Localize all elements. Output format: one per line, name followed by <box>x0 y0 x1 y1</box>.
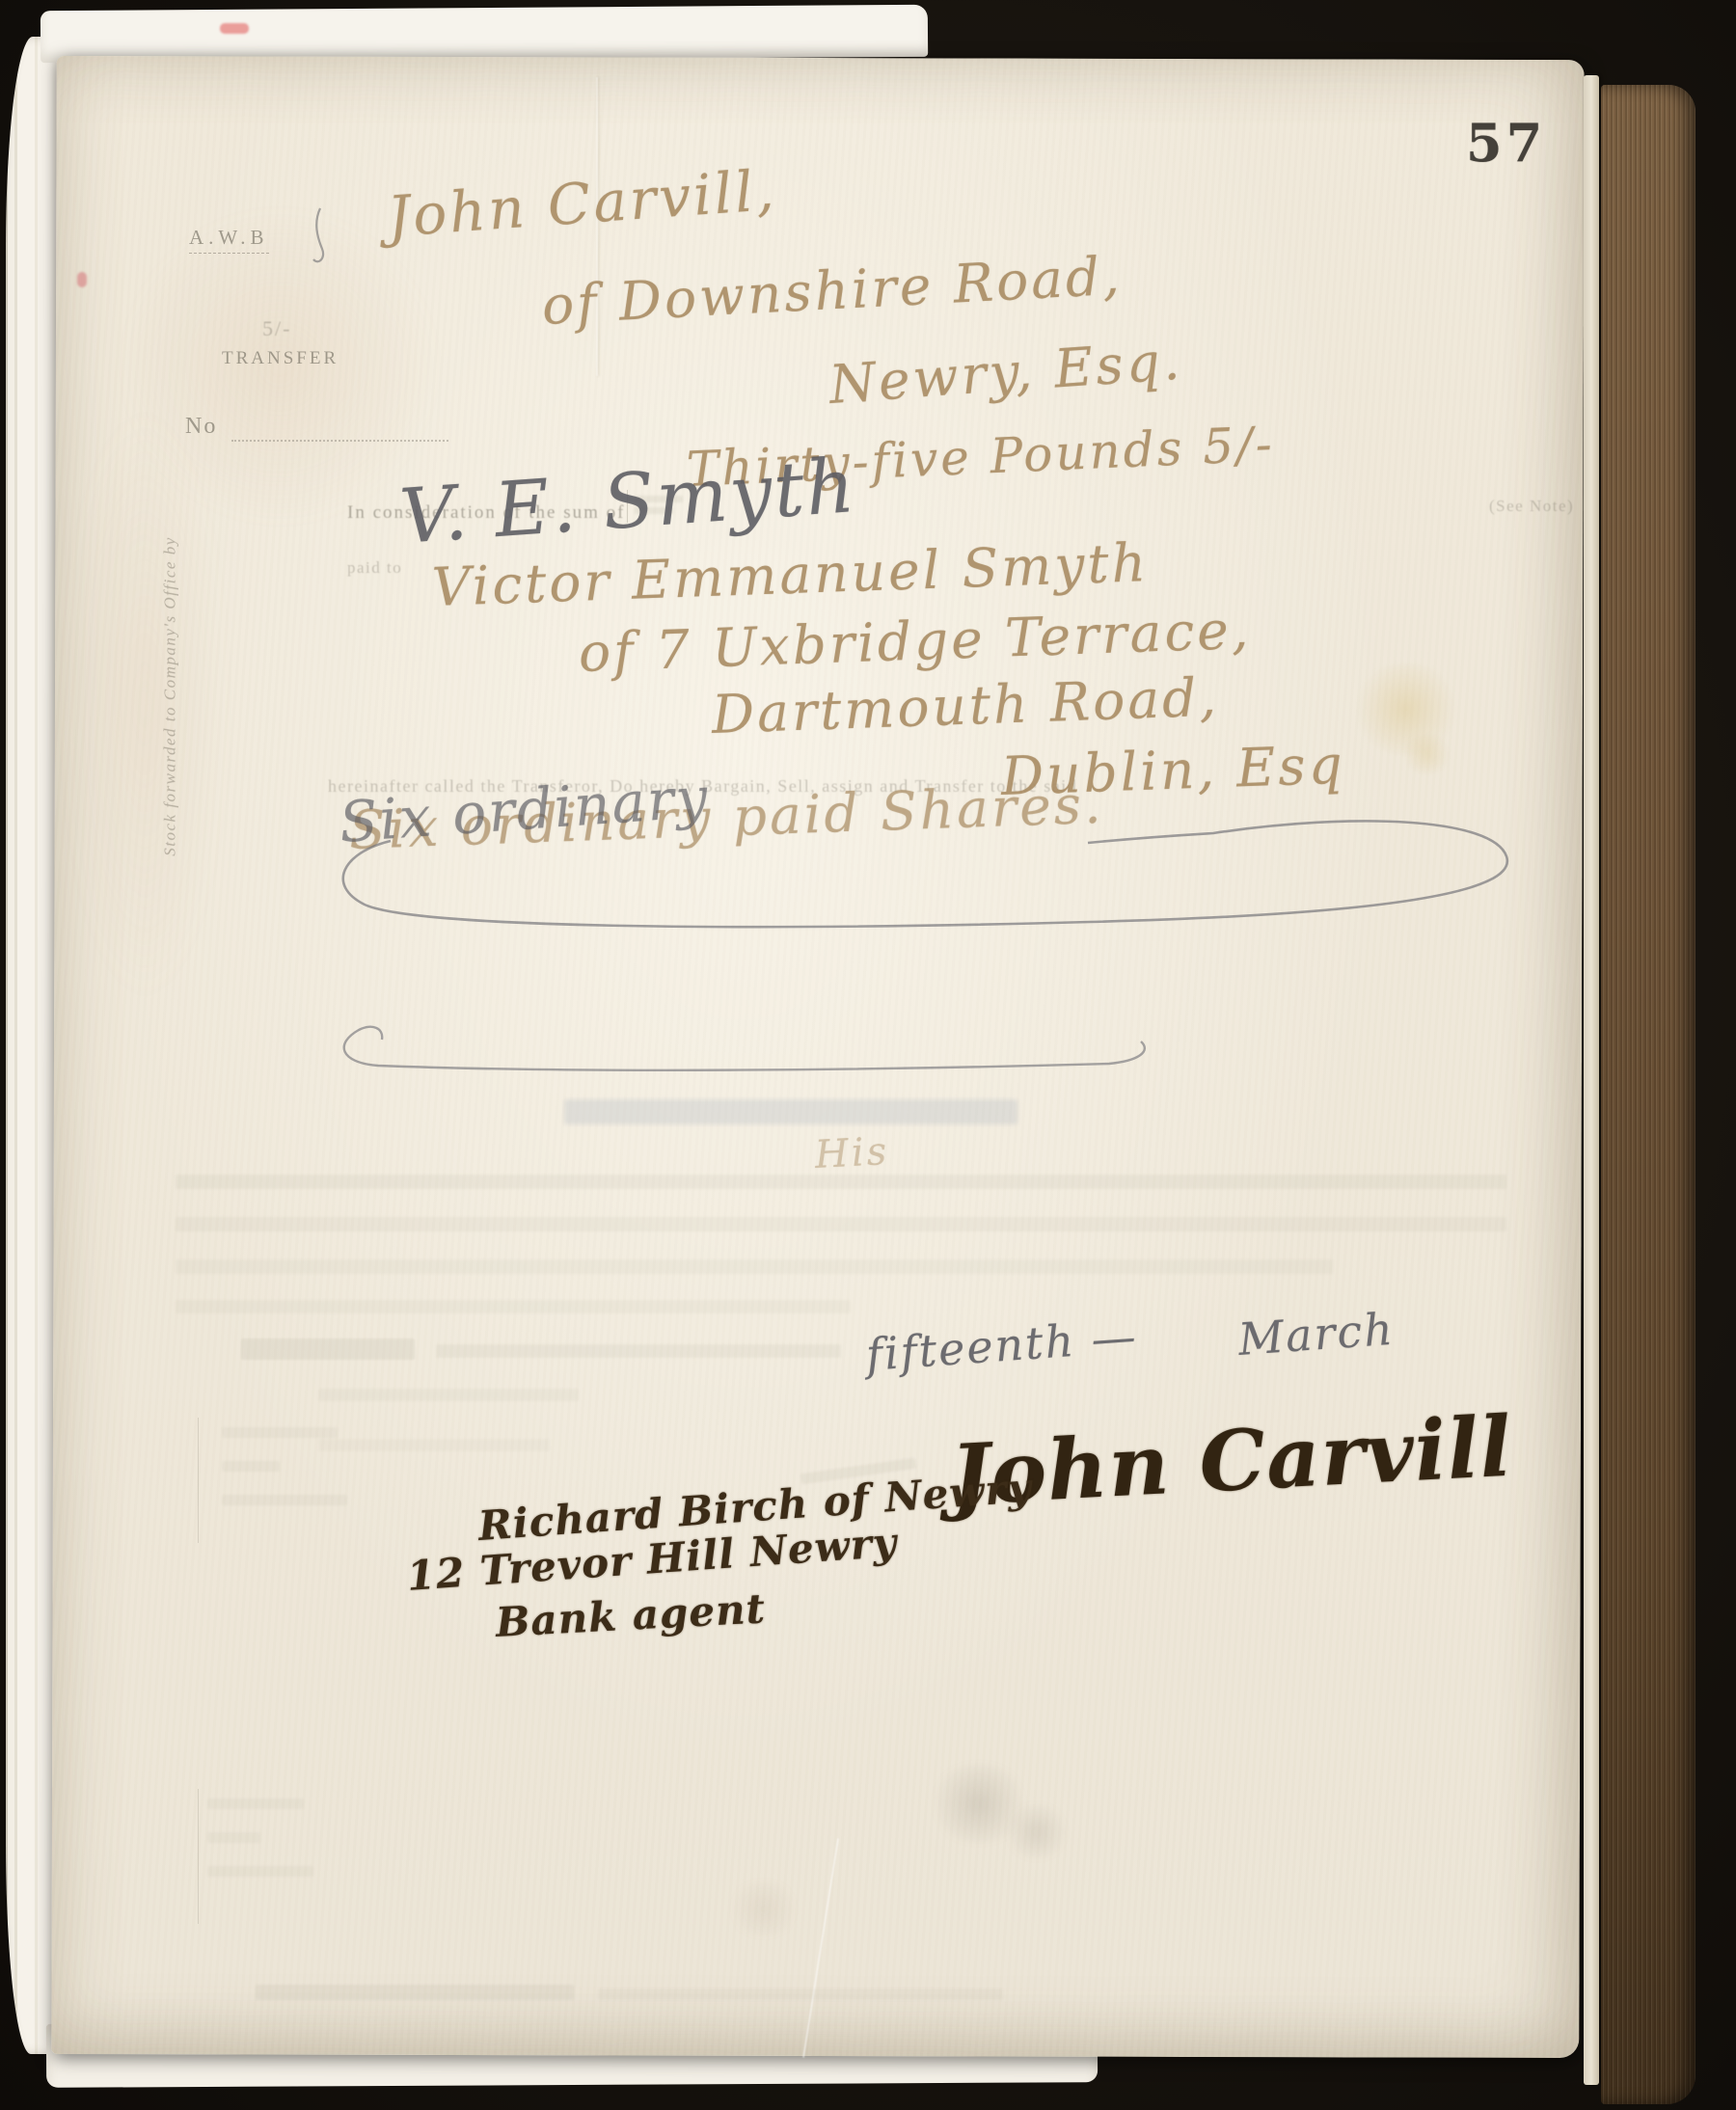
ghost-paragraph-row <box>318 1439 550 1451</box>
ghost-paragraph-row <box>176 1217 1506 1231</box>
ghost-paragraph-row <box>176 1175 1506 1189</box>
ghost-paragraph-row <box>176 1300 851 1313</box>
date-month-handwriting: March <box>1236 1307 1396 1362</box>
red-mark-left <box>77 272 87 287</box>
page-stack-sliver <box>1584 75 1599 2085</box>
ledger-ghost-row <box>222 1495 347 1505</box>
top-page-edge-band <box>41 5 928 63</box>
book-fore-edge <box>1601 85 1695 2104</box>
ghost-paragraph-row <box>436 1344 841 1358</box>
stain-smudge-2 <box>1003 1805 1071 1858</box>
ledger-ghost-row <box>207 1866 313 1877</box>
duty-stamp-initials: A.W.B <box>189 228 269 254</box>
stain-wash-left <box>68 405 222 1003</box>
margin-note-vertical: Stock forwarded to Company's Office by <box>162 536 178 856</box>
ghost-witness-row-bold <box>241 1339 415 1360</box>
page-number: 57 <box>1466 112 1546 174</box>
stain-yellow-small <box>1400 735 1453 773</box>
ghost-bottom-row <box>598 1988 1003 2000</box>
ledger-ghost-row <box>207 1832 260 1843</box>
ghost-bottom-row <box>256 1985 574 2000</box>
ledger-ghost-row <box>207 1799 304 1809</box>
stain-faint-bottom <box>725 1882 802 1935</box>
his-handwriting: His <box>814 1132 890 1175</box>
transfer-no-line <box>231 440 448 442</box>
red-mark-top <box>220 23 249 34</box>
ghost-heading-blue <box>564 1099 1017 1124</box>
ghost-paragraph-row <box>176 1259 1333 1274</box>
ledger-ghost-row <box>222 1461 280 1472</box>
ghost-paragraph-row <box>318 1389 579 1401</box>
transfer-no-label: No <box>185 415 217 438</box>
see-note-label: (See Note) <box>1489 498 1574 514</box>
book-photo: 57 A.W.B 5/- TRANSFER No In consideratio… <box>0 0 1736 2110</box>
transfer-label: TRANSFER <box>222 349 339 367</box>
duty-stamp-amount: 5/- <box>262 318 291 339</box>
ledger-ghost-row <box>222 1427 338 1438</box>
ledger-brace <box>198 1418 199 1543</box>
ledger-brace-2 <box>198 1789 199 1924</box>
paid-to-label: paid to <box>347 559 402 576</box>
